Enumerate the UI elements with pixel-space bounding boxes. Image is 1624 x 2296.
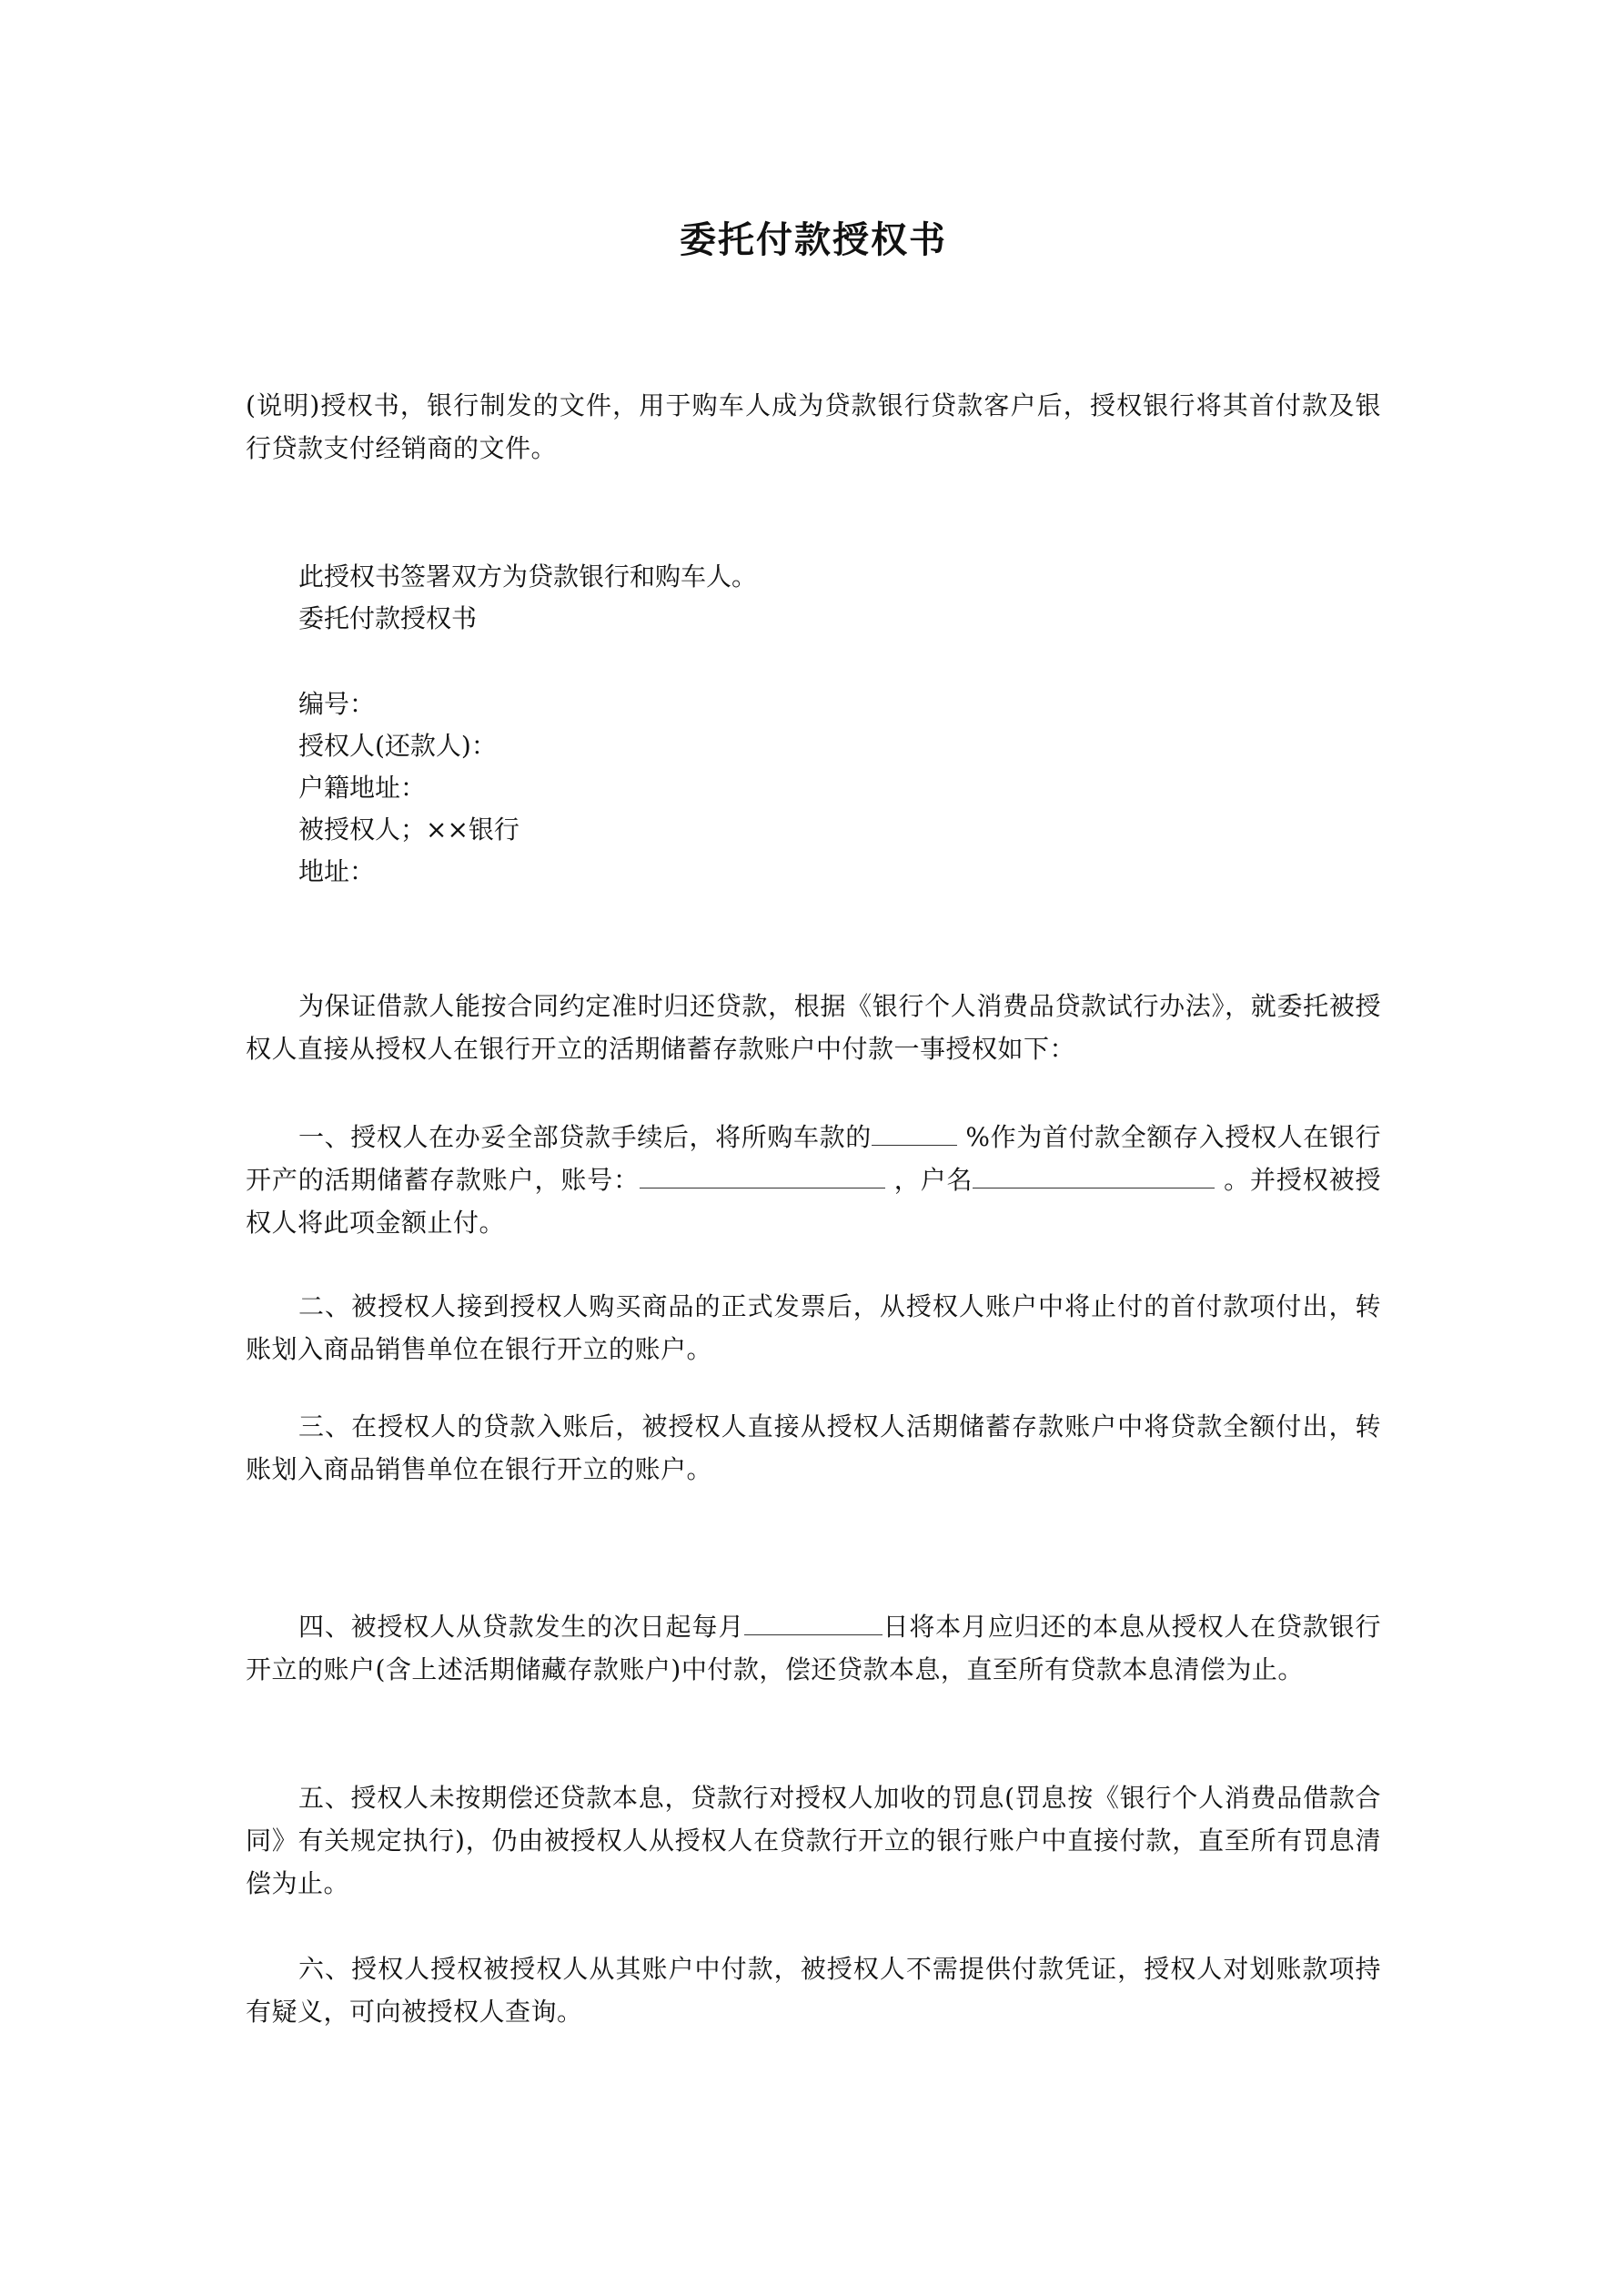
description-paragraph: (说明)授权书，银行制发的文件，用于购车人成为贷款银行贷款客户后，授权银行将其首… xyxy=(246,384,1381,470)
subtitle-line: 委托付款授权书 xyxy=(298,597,477,640)
field-number: 编号： xyxy=(298,683,375,725)
clause-1-paragraph: 一、授权人在办妥全部贷款手续后，将所购车款的 %作为首付款全额存入授权人在银行开… xyxy=(246,1116,1381,1244)
clause-2-paragraph: 二、被授权人接到授权人购买商品的正式发票后，从授权人账户中将止付的首付款项付出，… xyxy=(246,1285,1381,1371)
clause-1-part-1: 一、授权人在办妥全部贷款手续后，将所购车款的 xyxy=(298,1122,872,1152)
account-number-blank xyxy=(640,1162,885,1188)
clause-4-paragraph: 四、被授权人从贷款发生的次日起每月日将本月应归还的本息从授权人在贷款银行开立的账… xyxy=(246,1605,1381,1691)
document-title: 委托付款授权书 xyxy=(246,215,1381,266)
field-household-address: 户籍地址： xyxy=(298,766,426,809)
clause-6-paragraph: 六、授权人授权被授权人从其账户中付款，被授权人不需提供付款凭证，授权人对划账款项… xyxy=(246,1947,1381,2033)
percentage-blank xyxy=(872,1119,957,1146)
field-address: 地址： xyxy=(298,850,375,893)
clause-3-paragraph: 三、在授权人的贷款入账后，被授权人直接从授权人活期储蓄存款账户中将贷款全额付出，… xyxy=(246,1405,1381,1491)
field-authorizer: 授权人(还款人)： xyxy=(298,724,497,767)
monthly-day-blank xyxy=(744,1609,883,1635)
clause-4-part-1: 四、被授权人从贷款发生的次日起每月 xyxy=(298,1612,744,1642)
account-name-blank xyxy=(973,1162,1215,1188)
preamble-paragraph: 为保证借款人能按合同约定准时归还贷款，根据《银行个人消费品贷款试行办法》，就委托… xyxy=(246,985,1381,1070)
field-authorized-party: 被授权人；××银行 xyxy=(298,808,519,851)
signatories-line: 此授权书签署双方为贷款银行和购车人。 xyxy=(298,555,757,598)
clause-5-paragraph: 五、授权人未按期偿还贷款本息，贷款行对授权人加收的罚息(罚息按《银行个人消费品借… xyxy=(246,1776,1381,1905)
clause-1-part-3: ，户名 xyxy=(894,1165,973,1195)
